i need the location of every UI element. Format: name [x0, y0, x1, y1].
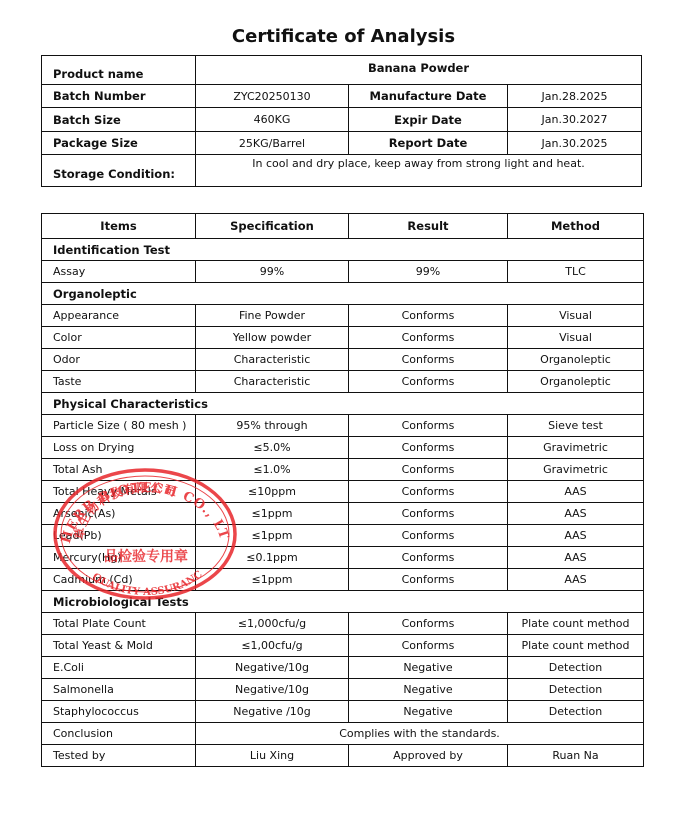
- method: TLC: [508, 261, 644, 283]
- conclusion-value: Complies with the standards.: [196, 723, 644, 745]
- method: AAS: [508, 569, 644, 591]
- specification: ≤1ppm: [196, 525, 349, 547]
- item-name: Staphylococcus: [42, 701, 196, 723]
- section-row: Physical Characteristics: [42, 393, 644, 415]
- table-row: Lead(Pb)≤1ppmConformsAAS: [42, 525, 644, 547]
- specification: Characteristic: [196, 371, 349, 393]
- item-name: Lead(Pb): [42, 525, 196, 547]
- header-method: Method: [508, 214, 644, 239]
- report-date-label: Report Date: [349, 132, 508, 155]
- specification: Characteristic: [196, 349, 349, 371]
- tested-by-label: Tested by: [42, 745, 196, 767]
- expir-date-label: Expir Date: [349, 108, 508, 132]
- item-name: Taste: [42, 371, 196, 393]
- item-name: Mercury(Hg): [42, 547, 196, 569]
- table-header-row: Items Specification Result Method: [42, 214, 644, 239]
- method: Organoleptic: [508, 349, 644, 371]
- product-name-value: Banana Powder: [196, 56, 642, 85]
- manufacture-date-label: Manufacture Date: [349, 85, 508, 108]
- item-name: Assay: [42, 261, 196, 283]
- section-title: Microbiological Tests: [42, 591, 644, 613]
- result: Conforms: [349, 437, 508, 459]
- document-title: Certificate of Analysis: [0, 26, 687, 47]
- specification: 95% through: [196, 415, 349, 437]
- method: AAS: [508, 547, 644, 569]
- result: Conforms: [349, 635, 508, 657]
- method: Detection: [508, 679, 644, 701]
- section-title: Identification Test: [42, 239, 644, 261]
- method: Detection: [508, 701, 644, 723]
- result: Negative: [349, 679, 508, 701]
- item-name: Color: [42, 327, 196, 349]
- method: Plate count method: [508, 613, 644, 635]
- header-result: Result: [349, 214, 508, 239]
- table-row: ColorYellow powderConformsVisual: [42, 327, 644, 349]
- table-row: E.ColiNegative/10gNegativeDetection: [42, 657, 644, 679]
- table-row: Assay99%99%TLC: [42, 261, 644, 283]
- result: Conforms: [349, 525, 508, 547]
- table-row: Arsenic(As)≤1ppmConformsAAS: [42, 503, 644, 525]
- section-row: Identification Test: [42, 239, 644, 261]
- table-row: Total Ash≤1.0%ConformsGravimetric: [42, 459, 644, 481]
- table-row: Cadmium (Cd)≤1ppmConformsAAS: [42, 569, 644, 591]
- method: AAS: [508, 503, 644, 525]
- table-row: Loss on Drying≤5.0%ConformsGravimetric: [42, 437, 644, 459]
- result: 99%: [349, 261, 508, 283]
- section-row: Organoleptic: [42, 283, 644, 305]
- header-specification: Specification: [196, 214, 349, 239]
- item-name: Arsenic(As): [42, 503, 196, 525]
- table-row: TasteCharacteristicConformsOrganoleptic: [42, 371, 644, 393]
- table-row: AppearanceFine PowderConformsVisual: [42, 305, 644, 327]
- specification: ≤1.0%: [196, 459, 349, 481]
- table-row: SalmonellaNegative/10gNegativeDetection: [42, 679, 644, 701]
- batch-number-label: Batch Number: [42, 85, 196, 108]
- table-row: Mercury(Hg)≤0.1ppmConformsAAS: [42, 547, 644, 569]
- header-items: Items: [42, 214, 196, 239]
- method: Sieve test: [508, 415, 644, 437]
- analysis-results-table: Items Specification Result Method Identi…: [41, 213, 644, 767]
- approved-by-value: Ruan Na: [508, 745, 644, 767]
- specification: 99%: [196, 261, 349, 283]
- item-name: E.Coli: [42, 657, 196, 679]
- method: Detection: [508, 657, 644, 679]
- specification: ≤10ppm: [196, 481, 349, 503]
- table-row: Particle Size ( 80 mesh )95% throughConf…: [42, 415, 644, 437]
- table-row: Total Yeast & Mold≤1,00cfu/gConformsPlat…: [42, 635, 644, 657]
- package-size-value: 25KG/Barrel: [196, 132, 349, 155]
- result: Conforms: [349, 371, 508, 393]
- result: Conforms: [349, 349, 508, 371]
- method: Gravimetric: [508, 459, 644, 481]
- report-date-value: Jan.30.2025: [508, 132, 642, 155]
- specification: Negative/10g: [196, 679, 349, 701]
- storage-condition-label: Storage Condition:: [42, 155, 196, 187]
- item-name: Total Heavy Metals: [42, 481, 196, 503]
- table-row: Total Heavy Metals≤10ppmConformsAAS: [42, 481, 644, 503]
- package-size-label: Package Size: [42, 132, 196, 155]
- specification: ≤0.1ppm: [196, 547, 349, 569]
- result: Conforms: [349, 547, 508, 569]
- method: AAS: [508, 481, 644, 503]
- table-row: OdorCharacteristicConformsOrganoleptic: [42, 349, 644, 371]
- method: Visual: [508, 305, 644, 327]
- section-row: Microbiological Tests: [42, 591, 644, 613]
- specification: ≤1ppm: [196, 569, 349, 591]
- result: Conforms: [349, 569, 508, 591]
- specification: ≤1,000cfu/g: [196, 613, 349, 635]
- item-name: Loss on Drying: [42, 437, 196, 459]
- result: Conforms: [349, 327, 508, 349]
- specification: Fine Powder: [196, 305, 349, 327]
- tested-by-value: Liu Xing: [196, 745, 349, 767]
- batch-size-label: Batch Size: [42, 108, 196, 132]
- section-title: Organoleptic: [42, 283, 644, 305]
- result: Conforms: [349, 459, 508, 481]
- specification: Negative /10g: [196, 701, 349, 723]
- specification: Negative/10g: [196, 657, 349, 679]
- signature-row: Tested byLiu XingApproved byRuan Na: [42, 745, 644, 767]
- batch-number-value: ZYC20250130: [196, 85, 349, 108]
- method: Visual: [508, 327, 644, 349]
- specification: ≤1ppm: [196, 503, 349, 525]
- conclusion-label: Conclusion: [42, 723, 196, 745]
- section-title: Physical Characteristics: [42, 393, 644, 415]
- batch-size-value: 460KG: [196, 108, 349, 132]
- item-name: Odor: [42, 349, 196, 371]
- result: Conforms: [349, 613, 508, 635]
- method: AAS: [508, 525, 644, 547]
- item-name: Particle Size ( 80 mesh ): [42, 415, 196, 437]
- method: Gravimetric: [508, 437, 644, 459]
- item-name: Cadmium (Cd): [42, 569, 196, 591]
- result: Conforms: [349, 305, 508, 327]
- method: Plate count method: [508, 635, 644, 657]
- item-name: Total Yeast & Mold: [42, 635, 196, 657]
- item-name: Salmonella: [42, 679, 196, 701]
- item-name: Appearance: [42, 305, 196, 327]
- conclusion-row: ConclusionComplies with the standards.: [42, 723, 644, 745]
- storage-condition-value: In cool and dry place, keep away from st…: [196, 155, 642, 187]
- approved-by-label: Approved by: [349, 745, 508, 767]
- expir-date-value: Jan.30.2027: [508, 108, 642, 132]
- product-info-table: Product name Banana Powder Batch Number …: [41, 55, 642, 187]
- result: Conforms: [349, 415, 508, 437]
- result: Negative: [349, 701, 508, 723]
- table-row: Total Plate Count≤1,000cfu/gConformsPlat…: [42, 613, 644, 635]
- result: Conforms: [349, 481, 508, 503]
- table-row: StaphylococcusNegative /10gNegativeDetec…: [42, 701, 644, 723]
- manufacture-date-value: Jan.28.2025: [508, 85, 642, 108]
- result: Negative: [349, 657, 508, 679]
- specification: ≤5.0%: [196, 437, 349, 459]
- result: Conforms: [349, 503, 508, 525]
- specification: ≤1,00cfu/g: [196, 635, 349, 657]
- item-name: Total Ash: [42, 459, 196, 481]
- item-name: Total Plate Count: [42, 613, 196, 635]
- product-name-label: Product name: [42, 56, 196, 85]
- specification: Yellow powder: [196, 327, 349, 349]
- method: Organoleptic: [508, 371, 644, 393]
